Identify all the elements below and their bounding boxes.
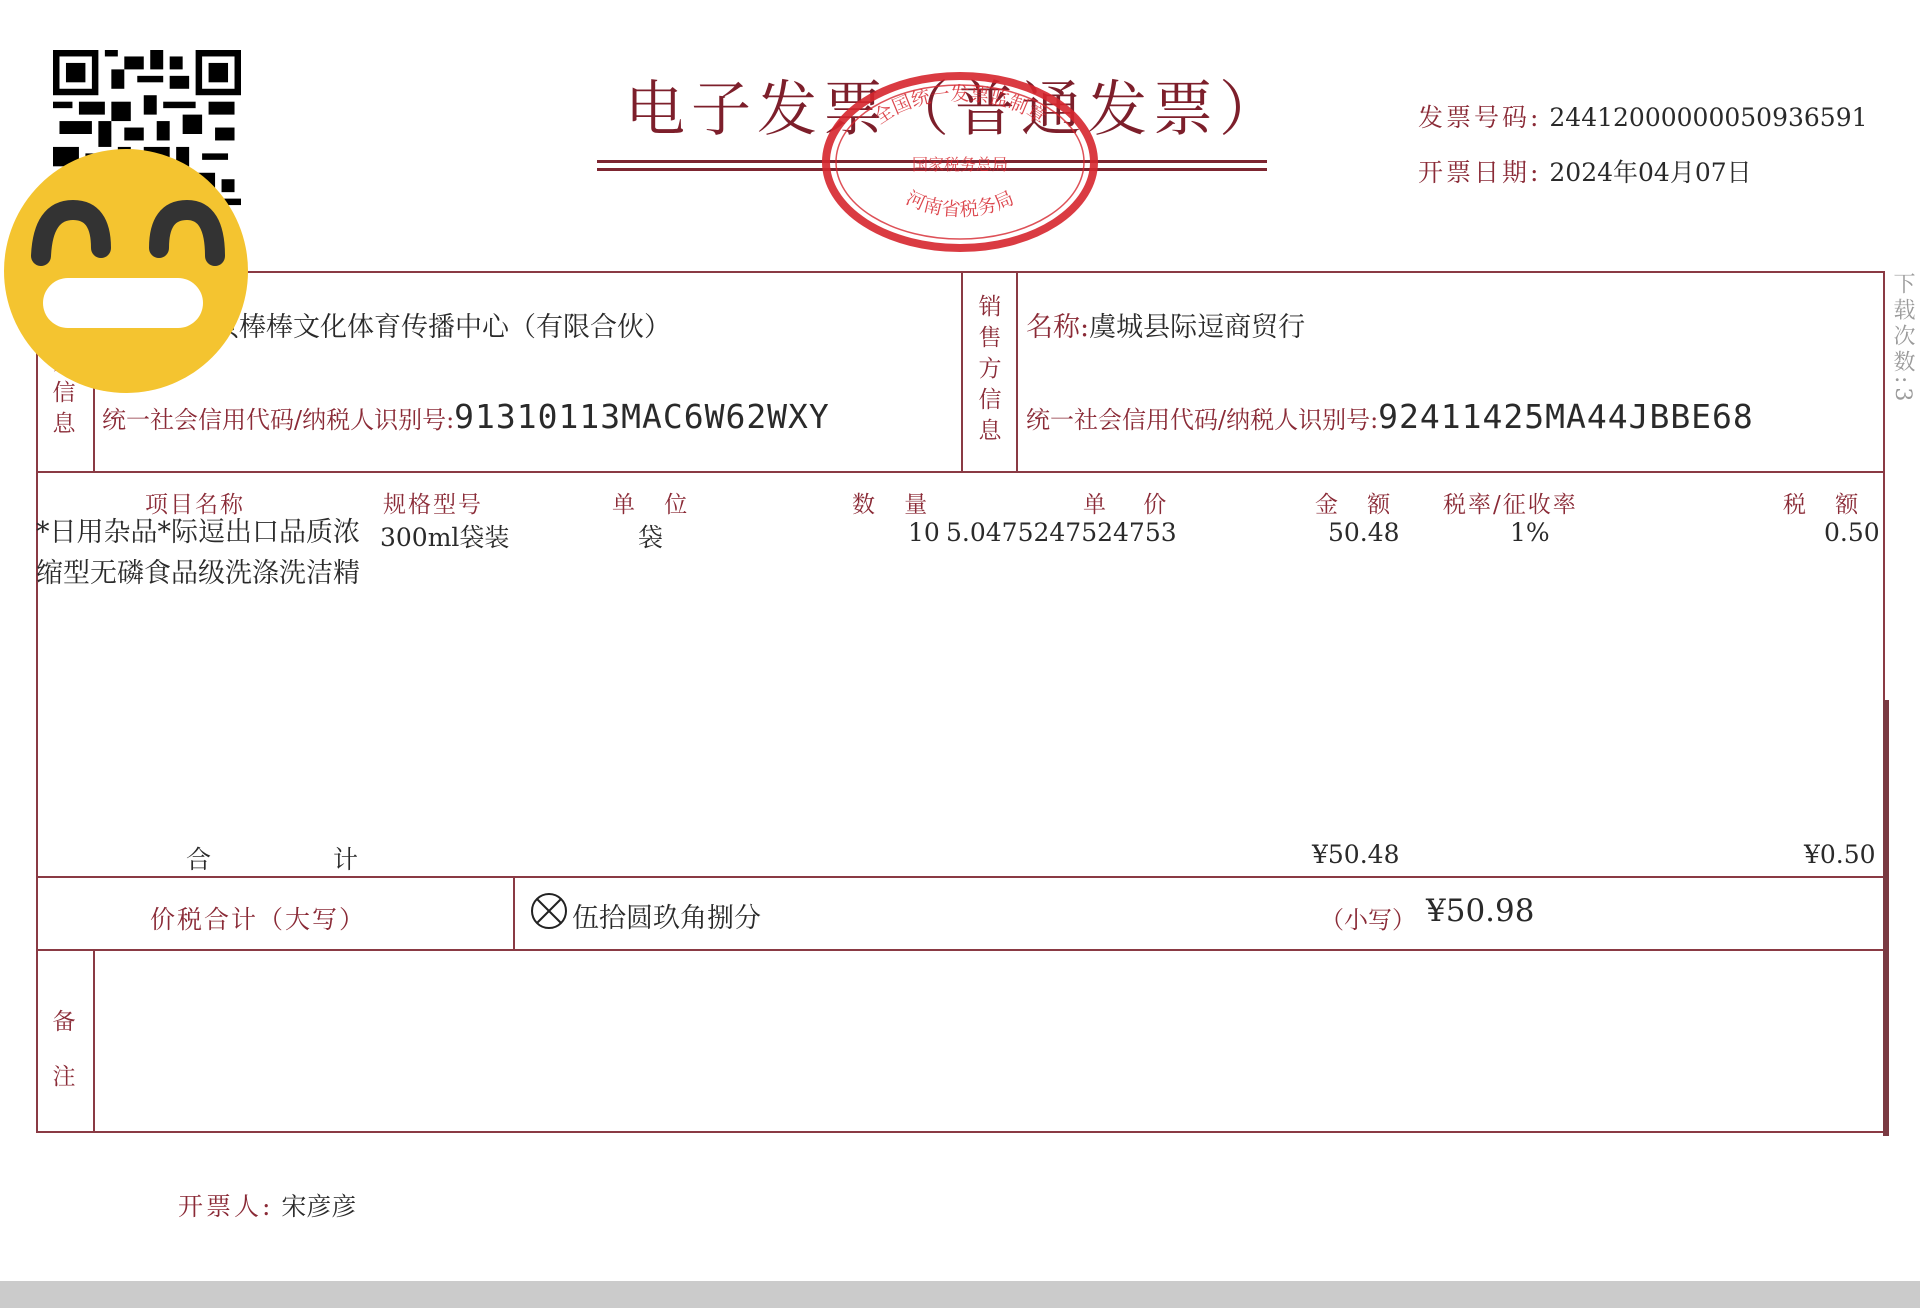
invoice-date-value: 2024年04月07日: [1549, 158, 1751, 187]
item-amount: 50.48: [1328, 518, 1400, 547]
buyer-seller-divider: [961, 271, 963, 472]
buyer-tax-id: 统一社会信用代码/纳税人识别号:91310113MAC6W62WXY: [102, 397, 830, 436]
buyer-tax-id-value: 91310113MAC6W62WXY: [454, 397, 830, 436]
issuer-label: 开票人:: [178, 1192, 273, 1221]
stamp-middle-text: 国家税务总局: [912, 155, 1008, 174]
buyer-tax-id-label: 统一社会信用代码/纳税人识别号:: [102, 406, 454, 434]
seller-tax-id-value: 92411425MA44JBBE68: [1378, 397, 1754, 436]
total-in-words-label: 价税合计（大写）: [150, 900, 366, 936]
col-header-price: 单 价: [1083, 486, 1168, 519]
totals-label-he: 合: [186, 840, 211, 876]
invoice-date-label: 开票日期:: [1418, 158, 1541, 187]
totals-divider: [36, 876, 1885, 878]
total-in-words: 伍拾圆玖角捌分: [572, 896, 761, 935]
col-header-spec: 规格型号: [383, 486, 483, 519]
col-header-tax: 税 额: [1783, 486, 1860, 519]
col-header-qty: 数 量: [852, 486, 929, 519]
circle-x-icon: [530, 892, 568, 930]
buyer-name: 贝棒棒文化体育传播中心（有限合伙）: [212, 305, 671, 344]
seller-name-label: 名称:: [1026, 312, 1089, 343]
svg-text:河南省税务局: 河南省税务局: [903, 187, 1018, 221]
invoice-date: 开票日期: 2024年04月07日: [1418, 153, 1752, 189]
item-tax-rate: 1%: [1510, 518, 1550, 547]
item-name: *日用杂品*际逗出口品质浓缩型无磷食品级洗涤洗洁精: [36, 512, 366, 594]
remarks-content: [100, 958, 1880, 1128]
total-small-value: ¥50.98: [1426, 893, 1534, 929]
grinning-emoji-icon: [3, 148, 249, 394]
item-qty: 10: [908, 518, 940, 547]
frame-shadow: [1883, 700, 1889, 1136]
seller-tax-id-label: 统一社会信用代码/纳税人识别号:: [1026, 406, 1378, 434]
totals-tax: ¥0.50: [1804, 840, 1876, 869]
remarks-divider: [36, 949, 1885, 951]
seller-tax-id: 统一社会信用代码/纳税人识别号:92411425MA44JBBE68: [1026, 397, 1754, 436]
seller-name-value: 虞城县际逗商贸行: [1089, 312, 1305, 343]
bottom-scroll-bar[interactable]: [0, 1281, 1920, 1308]
seller-name: 名称:虞城县际逗商贸行: [1026, 305, 1305, 344]
download-count-label: 下载次数:: [1890, 272, 1915, 387]
issuer-name: 宋彦彦: [281, 1192, 356, 1221]
download-count: 下载次数:3: [1892, 272, 1918, 405]
item-spec: 300ml袋装: [380, 518, 509, 554]
col-header-unit: 单 位: [612, 486, 689, 519]
issuer: 开票人: 宋彦彦: [178, 1187, 356, 1223]
col-header-rate: 税率/征收率: [1443, 486, 1578, 519]
totals-amount: ¥50.48: [1312, 840, 1399, 869]
invoice-number: 发票号码: 24412000000050936591: [1418, 98, 1868, 134]
item-unit: 袋: [638, 518, 663, 554]
remarks-label-divider: [93, 950, 95, 1133]
tax-seal-stamp: 全国统一发票监制章 国家税务总局 河南省税务局: [820, 70, 1100, 255]
col-header-amount: 金 额: [1315, 486, 1392, 519]
stamp-bottom-text: 河南省税务局: [903, 187, 1018, 221]
seller-label-divider: [1016, 271, 1018, 472]
download-count-value: 3: [1890, 387, 1915, 405]
words-divider: [513, 877, 515, 950]
remarks-label: 备 注: [44, 995, 84, 1105]
item-tax: 0.50: [1824, 518, 1880, 547]
invoice-number-label: 发票号码:: [1418, 103, 1541, 132]
totals-label-ji: 计: [333, 840, 358, 876]
item-unit-price: 5.0475247524753: [946, 518, 1177, 547]
invoice-number-value: 24412000000050936591: [1549, 103, 1867, 132]
seller-section-label: 销 售 方 信 息: [970, 292, 1010, 447]
total-small-label: （小写）: [1320, 900, 1416, 935]
